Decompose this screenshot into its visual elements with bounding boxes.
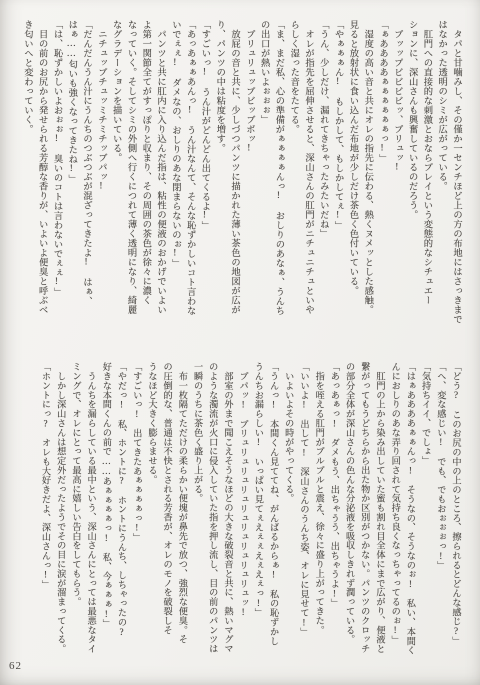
text-column: 「は、恥ずかしいよおぉぉ! 臭いのコトは言わないでぇぇ!」	[49, 20, 64, 332]
text-column: パンツと共に肛内に入り込んだ指は、粘性の便液のおかげでいよい	[152, 20, 167, 332]
text-column: 放屁の音と共に、少しづつパンツに描かれた薄い茶色の地図が広が	[226, 20, 241, 332]
text-column: 「あっあぁぁあんっ! うん汁なんて、そんな恥ずかしいコト言わな	[182, 20, 197, 332]
text-column: 布一枚隔てただけの柔らかい便塊が鼻先で放つ、強烈な便臭。そ	[174, 362, 189, 638]
text-column: しかし深山さんは想定外だったようでその目に涙が溜まってくる。	[53, 362, 68, 638]
text-column: 「ま、まだ私、心の準備がぁぁぁぁんっ! おしりのあなぁ、うんち	[271, 20, 286, 332]
text-column: 好きな本間くんの前で……あぁぁぁぁっ! 私、今ぁぁぁ!」	[98, 362, 113, 638]
text-column: 湿度の高い音と共にオレの指先に伝わる、熱くヌメッとした感触。	[359, 20, 374, 332]
text-column: いでぇぇ! ダメなの、おしりのあな閉まらないのぉ!」	[167, 20, 182, 332]
text-column: き匂いへと変わっていく。	[19, 20, 34, 332]
text-column: 「はぁああああぁぁんっ! そうなの、そうなのぉ! 私い、本間く	[402, 362, 417, 638]
text-column: 部室の外まで聞こえそうなほどの大きな破裂音と共に、熱いマグマ	[220, 362, 235, 638]
text-column: うんちを漏らしている最中という、深山さんにとっては最悪なタイ	[83, 362, 98, 638]
text-column: ションに、深山さんも興奮しているのだろう。	[404, 20, 419, 332]
text-column: 「ホントにっ? オレも大好きだよ、深山さんっ!」	[37, 362, 52, 638]
text-column: ブパッ! ブリュリュリュリュリュリュリュリュリュッ!	[235, 362, 250, 638]
text-column: 「やだっ! 私、ホントに? ホントにうんち、しちゃったの?	[113, 362, 128, 638]
text-column: よ第一関節全てがすっぽりと収まり、その周囲の茶色が徐々に濃く	[137, 20, 152, 332]
text-column: 見ると放射状に食い込んだ布地が少しだけ茶色く色付いている。	[345, 20, 360, 332]
text-column: 「うんっ! 本間くん見ててね、がんばるからぁ! 私の恥ずかし	[265, 362, 280, 638]
text-column: のような濁流が火口に侵入していた指を押し流し、目の前のパンツは	[205, 362, 220, 638]
text-column: はぁ……匂いも強くなってきたね!」	[63, 20, 78, 332]
text-column: うなほど大きく膨らませる。	[144, 362, 159, 638]
text-column: ミングで、オレにとって最高に嬉しい告白をしてもらう。	[68, 362, 83, 638]
text-column: 「やぁぁぁん! もしかして、もしかしてぇ!」	[330, 20, 345, 332]
text-column: 「へ、変な感じい! でも、でもおぉぉぉっ!」	[433, 362, 448, 638]
text-column: 「だんだんうん汁にうんちのつぶつぶが混ざってきたよ! はぁ、	[78, 20, 93, 332]
text-column: 「すごいっ! うん汁がどんどん出てくるよ!」	[197, 20, 212, 332]
text-column: の部分全体が深山さんの色んな分泌液を吸収しきれず潤っている。	[341, 362, 356, 638]
text-column: んにおしりのあな弄り回されて気持ち良くなっちゃってるのぉ!」	[387, 362, 402, 638]
text-column: ニチュップチュッミチミチッブパッ!	[93, 20, 108, 332]
text-column: 「うん、少しだけ、漏れてきちゃったみたいだね」	[315, 20, 330, 332]
text-column: タパと甘噛みし、その僅か一センチほど上の方の布地にはさっきまで	[448, 20, 463, 332]
text-block-bottom: 「どう? このお尻の中の上のところ、擦られるとどんな感じ?」「へ、変な感じい! …	[37, 362, 463, 638]
text-column: 「あっあぁっ! ダメもう、出ちゃうう、出ちゃうよ!」	[326, 362, 341, 638]
text-column: り、パンツの中は粘度を増す。	[211, 20, 226, 332]
text-block-top: タパと甘噛みし、その僅か一センチほど上の方の布地にはさっきまではなかった透明のシ…	[19, 20, 463, 332]
page-number: 62	[9, 660, 22, 672]
text-column: はなかった透明のシミが広がっている。	[433, 20, 448, 332]
text-column: いよいよその時がやってくる。	[281, 362, 296, 638]
text-column: 繋がってもうどちらから出た物か区別がつかない。パンツのクロッチ	[357, 362, 372, 638]
text-column: 肛門の上から染み出していた蜜も割れ目全体にまで広がり、便液と	[372, 362, 387, 638]
text-column: 一瞬のうちに茶色く盛り上がる。	[189, 362, 204, 638]
text-column: 「すごいっ! 出てきたあぁぁぁぁっ!」	[129, 362, 144, 638]
text-column: オレが指先を屈伸させると、深山さんの肛門がニチュニチュといや	[300, 20, 315, 332]
text-column: うんちお漏らしい! いっぱい見てぇえぇぇえぇえぇっ!」	[250, 362, 265, 638]
scanned-book-page: タパと甘噛みし、その僅か一センチほど上の方の布地にはさっきまではなかった透明のシ…	[0, 0, 480, 685]
text-column: 「どう? このお尻の中の上のところ、擦られるとどんな感じ?」	[448, 362, 463, 638]
text-column: らしく湿った音をたてる。	[285, 20, 300, 332]
text-column: 「気持ちイイ、でしょ」	[417, 362, 432, 638]
text-column: の圧倒的な、普通は不快とされる芳香が、オレのモノを破裂しそ	[159, 362, 174, 638]
text-column: 目の前のお尻から発せられる芳醇な香りが、いよいよ便臭と呼ぶべ	[34, 20, 49, 332]
text-column: 「ぁああああぁぁぁぁぁぁっ!」	[374, 20, 389, 332]
text-column: なっていく。そしてシミの外側へ行くにつれて薄く透明になり、綺麗	[123, 20, 138, 332]
text-column: なグラデーションを描いている。	[108, 20, 123, 332]
text-column: の出口が熱いよぉぉぉ」	[256, 20, 271, 332]
text-column: 「いいよ! 出して! 深山さんのうんち姿、オレに見せて!」	[296, 362, 311, 638]
text-column: 指を咥える肛門がブルブルと震え、徐々に盛り上がってきた。	[311, 362, 326, 638]
text-column: ブリュリュップビッブボッ!	[241, 20, 256, 332]
text-column: 肛門への直接的な刺激とおならプレイという変態的なシチュエー	[419, 20, 434, 332]
text-column: ブッップビビビビッ、ブリュッ!	[389, 20, 404, 332]
